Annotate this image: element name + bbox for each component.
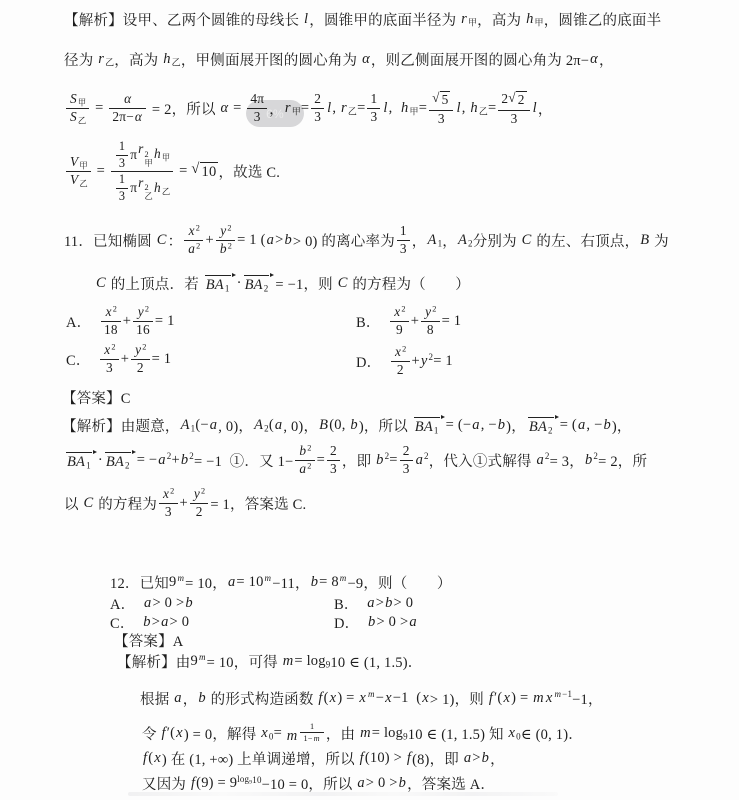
question-12-solution-line4: f(x) 在 (1, +∞) 上单调递增，所以 f(10) > f(8)，即 a… bbox=[142, 748, 505, 769]
question-12-option-d: D． b> 0 >a bbox=[334, 612, 418, 633]
question-11-answer: 【答案】C bbox=[62, 387, 131, 408]
question-12-option-a: A． a> 0 >b bbox=[110, 593, 194, 614]
question-11-solution-line1: 【解析】由题意，A1(−a, 0)，A2(a, 0)，B(0, b)，所以 BA… bbox=[62, 414, 632, 436]
question-11-stem-line1: 11．已知椭圆 C：x2a2+y2b2= 1 (a>b> 0) 的离心率为13，… bbox=[64, 224, 669, 257]
question-12-solution-line3: 令 f′(x) = 0，解得 x0= m11−m，由 m= log910 ∈ (… bbox=[142, 722, 583, 745]
question-11-stem-line2: C 的上顶点．若 BA1·BA2= −1，则 C 的方程为（ ） bbox=[95, 272, 470, 294]
question-12-option-b: B． a>b> 0 bbox=[334, 593, 413, 614]
question-11-option-b: B． x29+y28= 1 bbox=[356, 305, 461, 338]
solution10-line2: 径为 r乙，高为 h乙，甲侧面展开图的圆心角为 α，则乙侧面展开图的圆心角为 2… bbox=[64, 49, 614, 70]
document-page: 6% 【解析】设甲、乙两个圆锥的母线长 l，圆锥甲的底面半径为 r甲，高为 h甲… bbox=[0, 0, 739, 800]
solution10-formula1: S甲S乙 = α2π−α = 2，所以 α = 4π3，r甲=23l, r乙=1… bbox=[64, 91, 553, 127]
question-11-option-a: A． x218+y216= 1 bbox=[66, 305, 175, 338]
question-12-solution-line1: 【解析】由9m= 10，可得 m= log910 ∈ (1, 1.5)． bbox=[117, 651, 422, 672]
question-11-solution-line3: 以 C 的方程为x23+y22= 1，答案选 C. bbox=[64, 487, 306, 520]
question-12-solution-line5: 又因为 f(9) = 9log910−10 = 0，所以 a> 0 >b，答案选… bbox=[142, 773, 495, 794]
question-11-option-c: C． x23+y22= 1 bbox=[66, 343, 171, 376]
question-12-answer: 【答案】A bbox=[114, 630, 183, 651]
question-11-option-d: D． x22+y2= 1 bbox=[356, 345, 453, 378]
solution10-formula2: V甲V乙 = 13πr2甲h甲13πr2乙h乙 = √10，故选 C. bbox=[64, 140, 280, 204]
question-11-solution-line2: BA1·BA2= −a2+b2= −1 ①．又 1−b2a2=23，即 b2=2… bbox=[64, 444, 647, 477]
question-12-solution-line2: 根据 a，b 的形式构造函数 f(x) = xm−x−1 (x> 1)，则 f′… bbox=[140, 688, 603, 709]
question-12-stem: 12．已知9m= 10，a= 10m−11，b= 8m−9，则（ ） bbox=[110, 572, 452, 593]
solution10-line1: 【解析】设甲、乙两个圆锥的母线长 l，圆锥甲的底面半径为 r甲，高为 h甲，圆锥… bbox=[64, 9, 661, 30]
